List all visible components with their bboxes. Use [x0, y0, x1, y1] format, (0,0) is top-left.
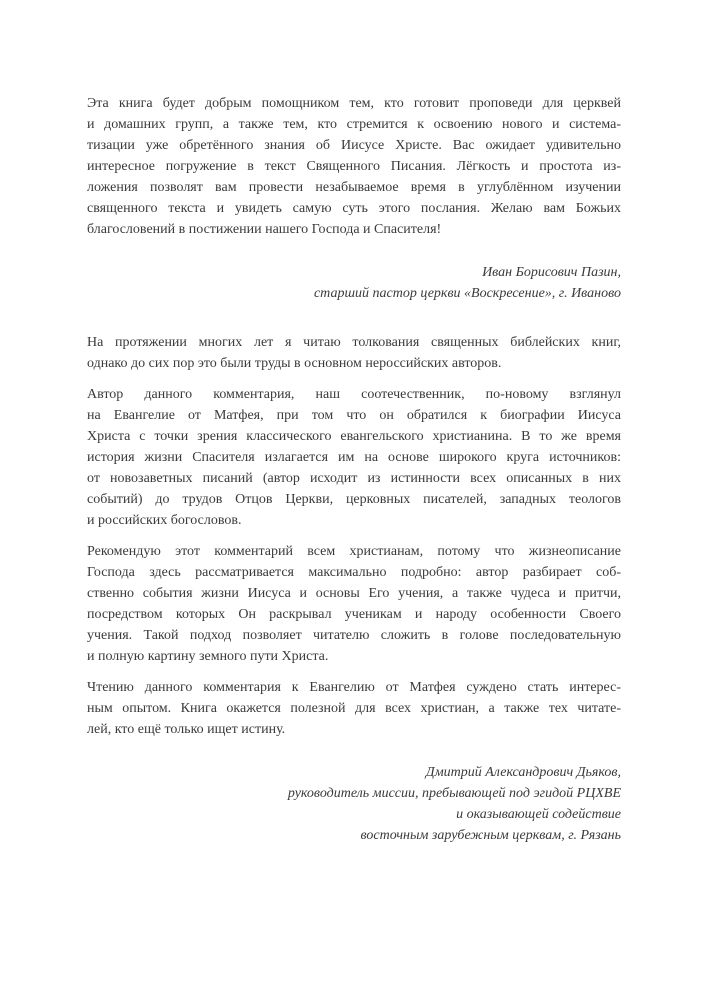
endorsement-2-recommendation-paragraph: Рекомендую этот комментарий всем христиа…: [87, 541, 621, 667]
text-line: от новозаветных писаний (автор исходит и…: [87, 468, 621, 489]
text-line: и домашних групп, а также тем, кто стрем…: [87, 114, 621, 135]
text-line: Рекомендую этот комментарий всем христиа…: [87, 541, 621, 562]
text-line: тизации уже обретённого знания об Иисусе…: [87, 135, 621, 156]
page-content: Эта книга будет добрым помощником тем, к…: [87, 93, 621, 874]
text-line: Автор данного комментария, наш соотечест…: [87, 384, 621, 405]
endorsement-2-signature: Дмитрий Александрович Дьяков,руководител…: [87, 762, 621, 846]
text-line: событий) до трудов Отцов Церкви, церковн…: [87, 489, 621, 510]
text-line: благословений в постижении нашего Господ…: [87, 219, 621, 240]
text-line: руководитель миссии, пребывающей под эги…: [87, 783, 621, 804]
text-line: Эта книга будет добрым помощником тем, к…: [87, 93, 621, 114]
book-page: Эта книга будет добрым помощником тем, к…: [0, 0, 705, 1000]
text-line: Дмитрий Александрович Дьяков,: [87, 762, 621, 783]
text-line: лей, кто ещё только ищет истину.: [87, 719, 621, 740]
text-line: и российских богословов.: [87, 510, 621, 531]
endorsement-1-signature: Иван Борисович Пазин,старший пастор церк…: [87, 262, 621, 304]
text-line: восточным зарубежным церквам, г. Рязань: [87, 825, 621, 846]
text-line: интересное погружение в текст Священного…: [87, 156, 621, 177]
text-line: старший пастор церкви «Воскресение», г. …: [87, 283, 621, 304]
text-line: и полную картину земного пути Христа.: [87, 646, 621, 667]
text-line: посредством которых Он раскрывал ученика…: [87, 604, 621, 625]
text-line: история жизни Спасителя излагается им на…: [87, 447, 621, 468]
text-line: Чтению данного комментария к Евангелию о…: [87, 677, 621, 698]
text-line: на Евангелие от Матфея, при том что он о…: [87, 405, 621, 426]
endorsement-2-conclusion-paragraph: Чтению данного комментария к Евангелию о…: [87, 677, 621, 740]
text-line: ственно события жизни Иисуса и основы Ег…: [87, 583, 621, 604]
endorsement-2-intro-paragraph: На протяжении многих лет я читаю толкова…: [87, 332, 621, 374]
text-line: священного текста и увидеть самую суть э…: [87, 198, 621, 219]
endorsement-1-paragraph: Эта книга будет добрым помощником тем, к…: [87, 93, 621, 240]
text-line: На протяжении многих лет я читаю толкова…: [87, 332, 621, 353]
endorsement-2-author-paragraph: Автор данного комментария, наш соотечест…: [87, 384, 621, 531]
text-line: Иван Борисович Пазин,: [87, 262, 621, 283]
text-line: учения. Такой подход позволяет читателю …: [87, 625, 621, 646]
text-line: и оказывающей содействие: [87, 804, 621, 825]
text-line: однако до сих пор это были труды в основ…: [87, 353, 621, 374]
text-line: ным опытом. Книга окажется полезной для …: [87, 698, 621, 719]
text-line: Господа здесь рассматривается максимальн…: [87, 562, 621, 583]
text-line: Христа с точки зрения классического еван…: [87, 426, 621, 447]
text-line: ложения позволят вам провести незабываем…: [87, 177, 621, 198]
